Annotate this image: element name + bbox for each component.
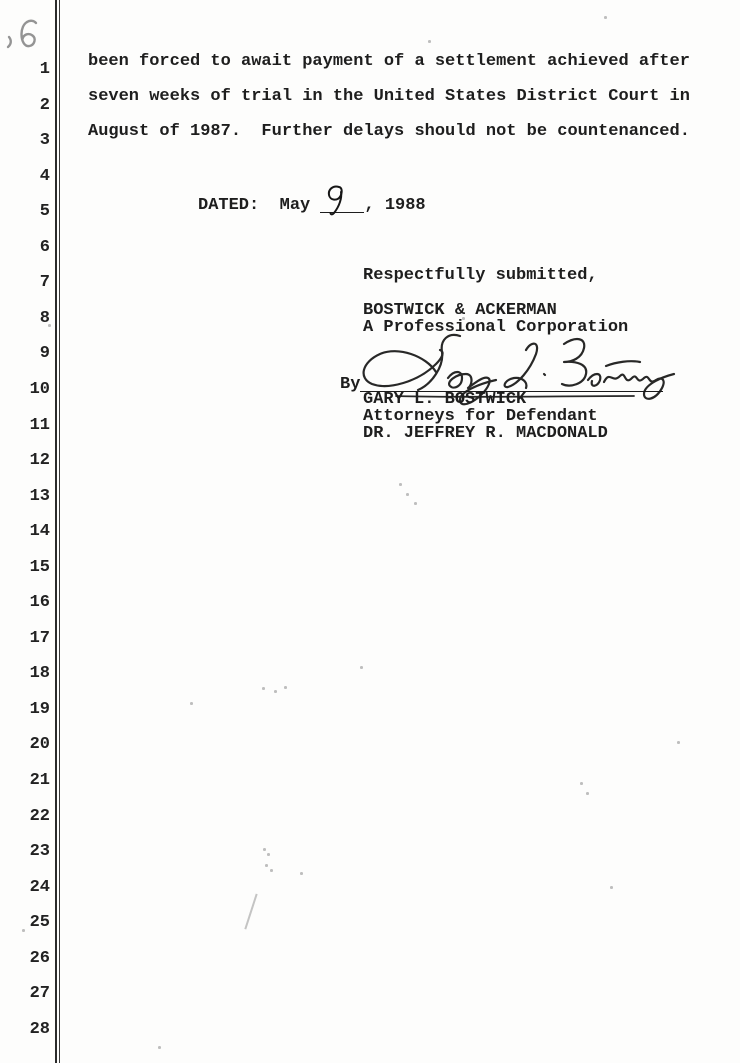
pencil-slash-mark xyxy=(244,894,257,930)
handwritten-pencil-mark xyxy=(2,16,46,60)
scan-speck xyxy=(22,929,25,932)
scan-speck xyxy=(263,848,266,851)
scan-speck xyxy=(267,853,270,856)
line-number: 14 xyxy=(0,523,50,540)
line-number: 28 xyxy=(0,1021,50,1038)
line-number: 26 xyxy=(0,950,50,967)
scan-speck xyxy=(586,792,589,795)
line-number: 11 xyxy=(0,417,50,434)
pleading-rule-right xyxy=(59,0,61,1063)
line-number: 6 xyxy=(0,239,50,256)
scan-speck xyxy=(158,1046,161,1049)
line-number: 25 xyxy=(0,914,50,931)
line-number: 1 xyxy=(0,61,50,78)
line-number: 21 xyxy=(0,772,50,789)
line-number: 17 xyxy=(0,630,50,647)
signer-name: GARY L. BOSTWICK xyxy=(363,391,526,408)
line-number: 10 xyxy=(0,381,50,398)
line-number: 16 xyxy=(0,594,50,611)
line-number: 9 xyxy=(0,345,50,362)
line-number: 12 xyxy=(0,452,50,469)
paragraph-line-3: August of 1987. Further delays should no… xyxy=(88,123,690,140)
scan-speck xyxy=(428,40,431,43)
scan-speck xyxy=(274,690,277,693)
line-number: 3 xyxy=(0,132,50,149)
scan-speck xyxy=(399,483,402,486)
scan-speck xyxy=(190,702,193,705)
pleading-rule-left xyxy=(55,0,57,1063)
paragraph-line-1: been forced to await payment of a settle… xyxy=(88,53,690,70)
line-number: 19 xyxy=(0,701,50,718)
scan-speck xyxy=(604,16,607,19)
scan-speck xyxy=(48,324,51,327)
line-number: 18 xyxy=(0,665,50,682)
client-name: DR. JEFFREY R. MACDONALD xyxy=(363,425,608,442)
line-number: 8 xyxy=(0,310,50,327)
line-number: 15 xyxy=(0,559,50,576)
respectfully-submitted: Respectfully submitted, xyxy=(363,267,598,284)
scan-speck xyxy=(462,317,465,320)
signer-role: Attorneys for Defendant xyxy=(363,408,598,425)
scan-speck xyxy=(262,687,265,690)
scan-speck xyxy=(300,872,303,875)
line-number: 4 xyxy=(0,168,50,185)
scan-speck xyxy=(580,782,583,785)
dated-suffix: , 1988 xyxy=(364,196,425,215)
scan-speck xyxy=(414,502,417,505)
scan-speck xyxy=(610,886,613,889)
line-number: 7 xyxy=(0,274,50,291)
dated-line: DATED: May , 1988 xyxy=(198,196,426,214)
line-number: 2 xyxy=(0,97,50,114)
dated-prefix: DATED: May xyxy=(198,196,320,215)
line-number: 24 xyxy=(0,879,50,896)
line-number: 23 xyxy=(0,843,50,860)
line-number: 5 xyxy=(0,203,50,220)
handwritten-day-numeral xyxy=(324,183,356,219)
scan-speck xyxy=(270,869,273,872)
firm-name: BOSTWICK & ACKERMAN xyxy=(363,302,557,319)
paragraph-line-2: seven weeks of trial in the United State… xyxy=(88,88,690,105)
scan-speck xyxy=(406,493,409,496)
line-number: 20 xyxy=(0,736,50,753)
scan-speck xyxy=(284,686,287,689)
scan-speck xyxy=(360,666,363,669)
line-number: 13 xyxy=(0,488,50,505)
line-number-column: 1234567891011121314151617181920212223242… xyxy=(0,0,50,1063)
scan-speck xyxy=(677,741,680,744)
scanned-legal-document-page: 1234567891011121314151617181920212223242… xyxy=(0,0,740,1063)
line-number: 22 xyxy=(0,808,50,825)
line-number: 27 xyxy=(0,985,50,1002)
scan-speck xyxy=(265,864,268,867)
